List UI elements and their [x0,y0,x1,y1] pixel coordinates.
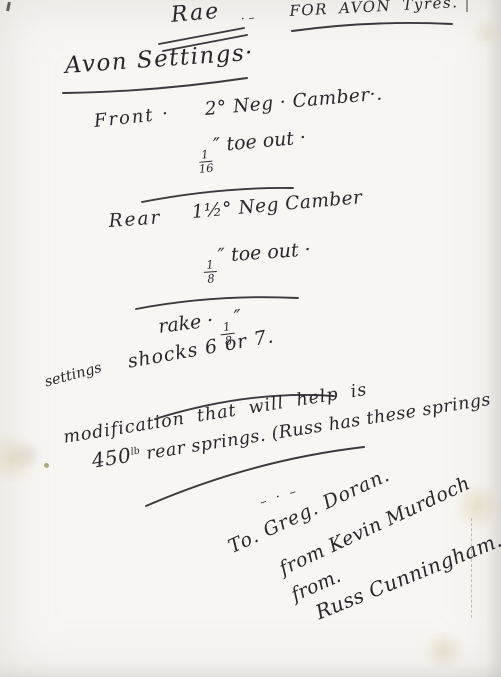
rear-camber-value: 1½° Neg Camber [191,187,363,223]
fraction-one-sixteenth: 116 [197,148,214,175]
rake-unit: ″ [233,306,243,329]
paper-fold-line [471,518,472,618]
rear-section-divider [136,297,298,309]
front-camber-value: 2° Neg · Camber·. [204,83,383,119]
rear-toe-value: 18″ toe out · [202,238,313,285]
scanned-handwritten-note: Rae · – FOR AVON Tyres. Avon Settings· F… [0,0,501,677]
front-label: Front · [93,103,171,132]
note-title: Rae [170,0,221,28]
title-tick-mark: · – [240,10,255,26]
avon-settings-underline [63,78,247,93]
avon-tyres-underline [292,23,452,31]
front-toe-text: ″ toe out · [212,126,306,156]
scan-mark [466,0,468,12]
ink-speck [44,463,49,468]
paper-stain [0,432,38,484]
rake-label: rake · [157,309,221,338]
settings-heading: Avon Settings· [64,40,255,79]
scan-mark [6,2,11,11]
spring-rate-value: 450 [90,443,133,473]
paper-smudge [10,440,46,470]
scan-edge-shadow-right [485,0,501,677]
note-subject: FOR AVON Tyres. [289,0,459,20]
front-toe-value: 116″ toe out · [196,126,308,175]
rear-toe-text: ″ toe out · [217,238,311,266]
fraction-one-eighth: 18 [203,259,218,286]
settings-word: settings [43,360,104,391]
rear-label: Rear [108,207,162,232]
scan-edge-shadow-bottom [0,663,501,677]
